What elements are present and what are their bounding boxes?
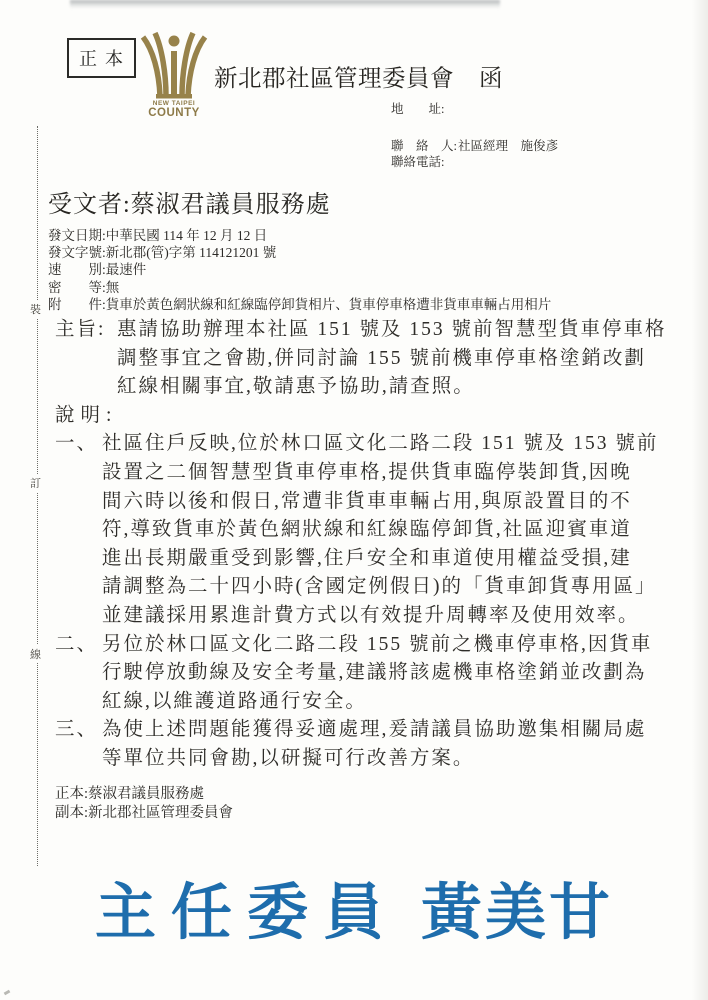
item-1-marker: 一、 [55,430,98,459]
chairman-title: 主任委員 [95,880,399,947]
contact-person-row: 聯 絡 人:社區經理 施俊彥 [391,138,558,155]
recipient-label: 受文者: [48,192,131,218]
binding-mark-ding: 訂 [30,474,41,492]
logo-text-line2: COUNTY [131,107,217,119]
original-copy-label: 正本: [55,786,88,802]
doc-number-row: 發文字號:新北郡(管)字第 114121201 號 [48,244,551,261]
carbon-copy-value: 新北郡社區管理委員會 [88,805,233,821]
binding-mark-zhuang: 裝 [30,300,41,318]
original-copy-row: 正本:蔡淑君議員服務處 [55,785,233,804]
priority-row: 速 別:最速件 [48,261,551,278]
org-logo: NEW TAIPEI COUNTY [131,30,217,119]
address-label: 地 址: [391,102,444,116]
contact-address-row: 地 址: [391,101,558,118]
binding-dotted-line [37,126,38,866]
copy-type-stamp: 正本 [67,38,136,78]
item-2-marker: 二、 [55,631,98,660]
contact-block: 地 址: 聯 絡 人:社區經理 施俊彥 聯絡電話: [391,101,558,171]
logo-text-line1: NEW TAIPEI [131,100,217,107]
org-name: 新北郡社區管理委員會 [214,66,454,92]
classification-row: 密 等:無 [48,279,551,296]
contact-phone-label: 聯絡電話: [391,155,444,169]
attachment-label: 附 件: [48,297,106,312]
explanation-item-3: 三、 為使上述問題能獲得妥適處理,爰請議員協助邀集相關局處 等單位共同會勘,以研… [55,716,700,773]
emblem-head-dot [169,36,180,47]
document-title: 新北郡社區管理委員會函 [214,59,503,93]
doc-number-label: 發文字號: [48,245,106,260]
recipient-line: 受文者:蔡淑君議員服務處 [48,184,331,219]
binding-mark-xian: 線 [30,645,41,663]
scan-artifact-speck [4,990,11,996]
issue-date-row: 發文日期:中華民國 114 年 12 月 12 日 [48,227,551,244]
issue-date-label: 發文日期: [48,228,106,243]
subject-label: 主旨: [55,316,105,345]
document-page: 正本 NEW TAIPEI COUNTY 新北郡社區管理委員會函 地 址: 聯 … [0,0,708,1000]
letter-body: 主旨: 惠請協助辦理本社區 151 號及 153 號前智慧型貨車停車格 調整事宜… [55,316,700,774]
county-emblem-icon [132,30,216,100]
classification-label: 密 等: [48,280,106,295]
attachment-row: 附 件:貨車於黃色網狀線和紅線臨停卸貨相片、貨車停車格遭非貨車車輛占用相片 [48,296,551,313]
scan-artifact-top [70,0,500,9]
priority-value: 最速件 [106,262,147,277]
item-1-text: 社區住戶反映,位於林口區文化二路二段 151 號及 153 號前 設置之二個智慧… [102,430,700,630]
issue-date-value: 中華民國 114 年 12 月 12 日 [106,228,268,243]
doc-number-value: 新北郡(管)字第 114121201 號 [106,245,277,260]
priority-label: 速 別: [48,262,106,277]
chairman-signature: 主任委員黃美甘 [0,864,708,951]
subject-paragraph: 主旨: 惠請協助辦理本社區 151 號及 153 號前智慧型貨車停車格 調整事宜… [55,316,700,402]
attachment-value: 貨車於黃色網狀線和紅線臨停卸貨相片、貨車停車格遭非貨車車輛占用相片 [106,297,552,312]
contact-person-label: 聯 絡 人: [391,139,457,153]
meta-block: 發文日期:中華民國 114 年 12 月 12 日 發文字號:新北郡(管)字第 … [48,227,551,313]
chairman-name: 黃美甘 [421,880,613,947]
item-3-marker: 三、 [55,716,98,745]
contact-person-value: 社區經理 施俊彥 [458,139,558,153]
explanation-item-2: 二、 另位於林口區文化二路二段 155 號前之機車停車格,因貨車 行駛停放動線及… [55,631,700,717]
recipient-value: 蔡淑君議員服務處 [131,192,331,218]
subject-text: 惠請協助辦理本社區 151 號及 153 號前智慧型貨車停車格 調整事宜之會勘,… [117,316,700,402]
distribution-block: 正本:蔡淑君議員服務處 副本:新北郡社區管理委員會 [55,785,233,822]
contact-phone-row: 聯絡電話: [391,154,558,171]
carbon-copy-row: 副本:新北郡社區管理委員會 [55,804,233,823]
item-3-text: 為使上述問題能獲得妥適處理,爰請議員協助邀集相關局處 等單位共同會勘,以研擬可行… [102,716,700,773]
item-2-text: 另位於林口區文化二路二段 155 號前之機車停車格,因貨車 行駛停放動線及安全考… [102,631,700,717]
explanation-heading: 說明: [55,402,700,431]
carbon-copy-label: 副本: [55,805,88,821]
original-copy-value: 蔡淑君議員服務處 [88,786,204,802]
classification-value: 無 [106,280,120,295]
copy-type-label: 正本 [79,49,131,69]
doc-type-label: 函 [479,66,503,92]
explanation-item-1: 一、 社區住戶反映,位於林口區文化二路二段 151 號及 153 號前 設置之二… [55,430,700,630]
